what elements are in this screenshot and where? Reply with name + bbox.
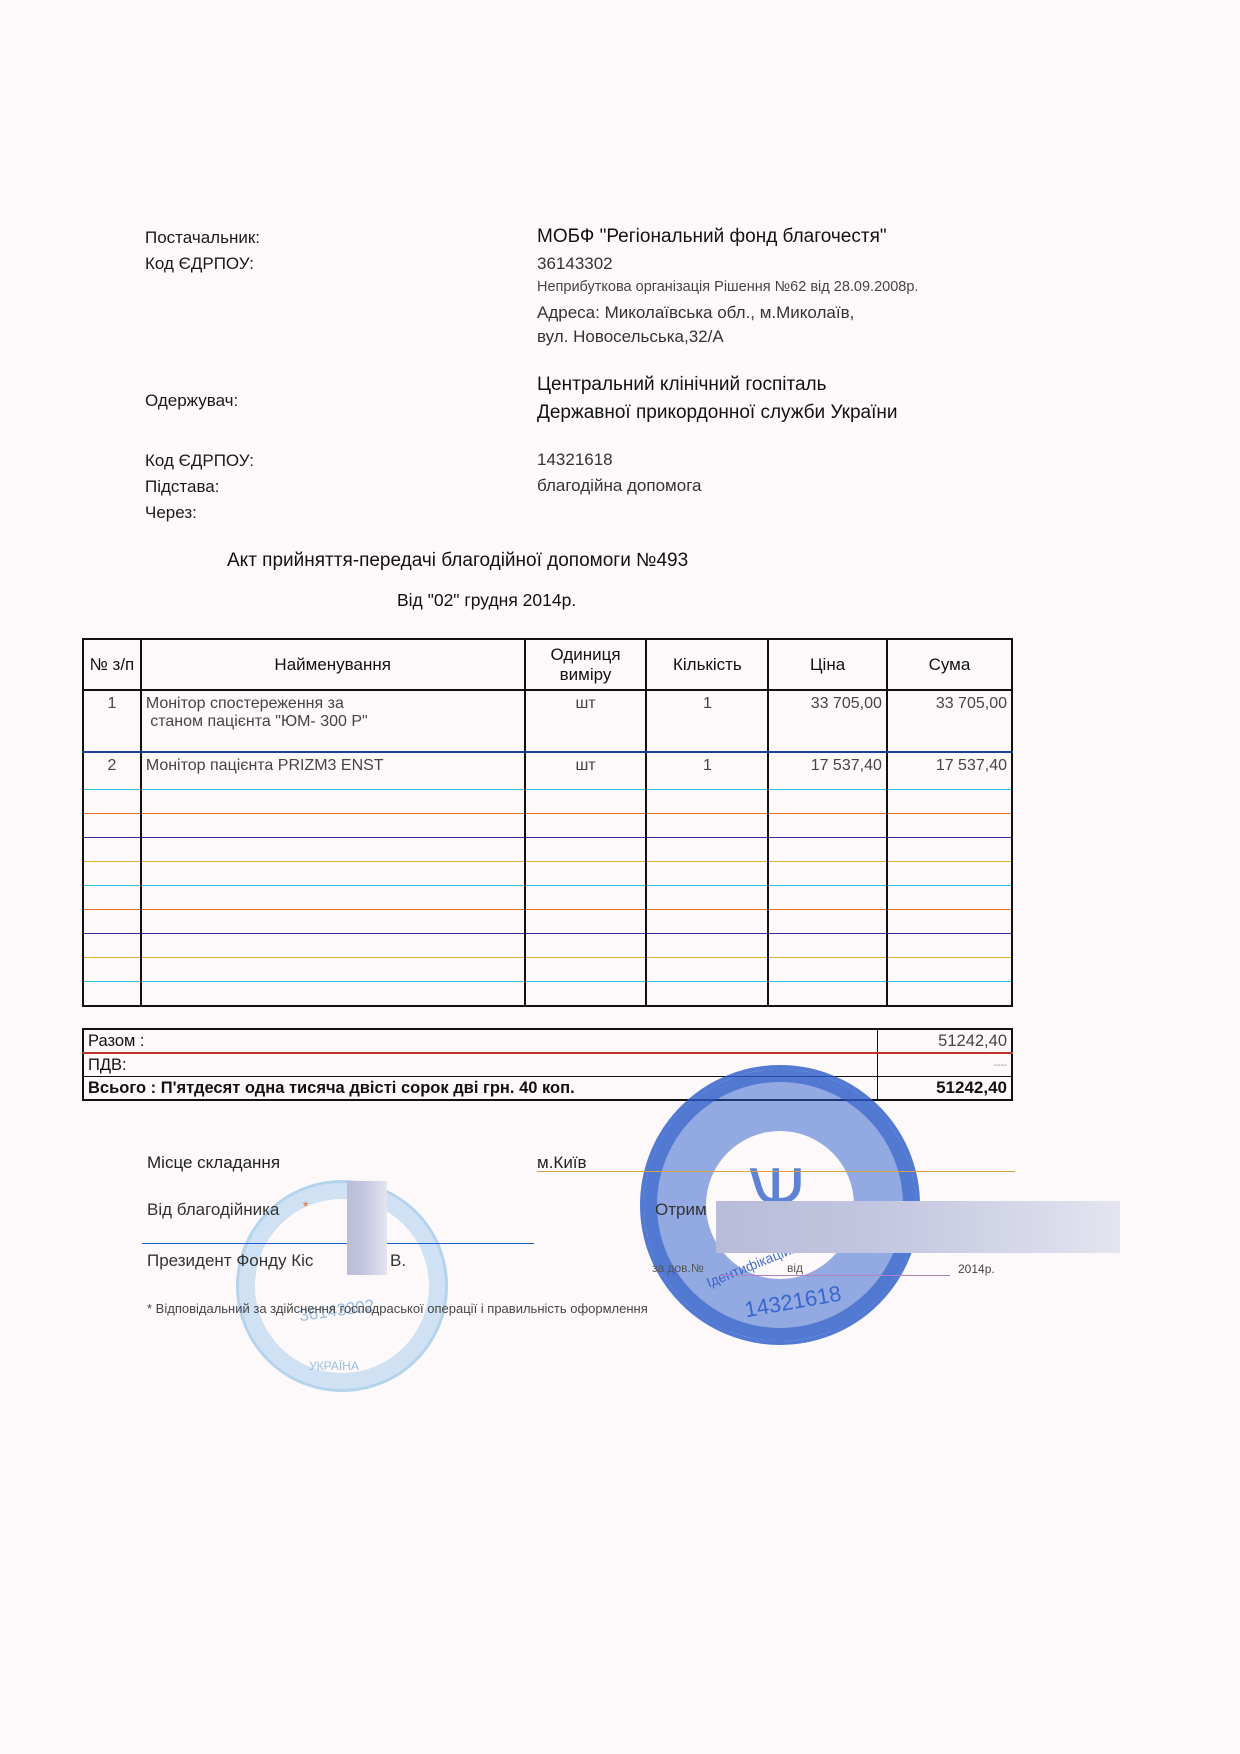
footnote: * Відповідальний за здійснення господрас… <box>147 1301 648 1316</box>
redacted-recipient-signature <box>716 1201 1120 1253</box>
empty-cell <box>141 862 525 886</box>
empty-cell <box>768 814 887 838</box>
table-header-row: № з/п Найменування Одиниця виміру Кількі… <box>83 639 1012 690</box>
empty-cell <box>768 982 887 1007</box>
empty-cell <box>83 862 141 886</box>
place-underline <box>537 1171 1015 1172</box>
empty-cell <box>83 982 141 1007</box>
table-row-empty <box>83 862 1012 886</box>
donor-mark: * <box>303 1198 308 1214</box>
empty-cell <box>83 958 141 982</box>
empty-cell <box>646 982 768 1007</box>
row-unit: шт <box>525 752 647 790</box>
empty-cell <box>525 982 647 1007</box>
empty-cell <box>646 790 768 814</box>
empty-cell <box>887 814 1012 838</box>
recipient-stamp-code: 14321618 <box>742 1281 843 1324</box>
president-initial: В. <box>390 1251 406 1271</box>
empty-cell <box>525 910 647 934</box>
empty-cell <box>525 838 647 862</box>
power-of-attorney-line <box>720 1275 950 1276</box>
empty-cell <box>646 934 768 958</box>
empty-cell <box>141 838 525 862</box>
table-row-empty <box>83 982 1012 1007</box>
header-price: Ціна <box>768 639 887 690</box>
empty-cell <box>83 934 141 958</box>
supplier-label: Постачальник: <box>145 228 260 248</box>
subtotal-label: Разом : <box>83 1029 878 1053</box>
empty-cell <box>646 910 768 934</box>
act-date: Від "02" грудня 2014р. <box>397 590 576 611</box>
empty-cell <box>768 838 887 862</box>
table-row: 2 Монітор пацієнта PRIZM3 ENST шт 1 17 5… <box>83 752 1012 790</box>
empty-cell <box>768 790 887 814</box>
empty-cell <box>887 910 1012 934</box>
power-of-attorney-label: за дов.№ <box>652 1261 704 1275</box>
row-name: Монітор спостереження за станом пацієнта… <box>141 690 525 752</box>
empty-cell <box>768 910 887 934</box>
donor-label: Від благодійника <box>147 1200 279 1220</box>
supplier-name: МОБФ "Регіональний фонд благочестя" <box>537 226 887 248</box>
supplier-code-label: Код ЄДРПОУ: <box>145 254 254 274</box>
row-no: 1 <box>83 690 141 752</box>
supplier-address-line1: Адреса: Миколаївська обл., м.Миколаїв, <box>537 303 854 323</box>
row-unit: шт <box>525 690 647 752</box>
empty-cell <box>887 790 1012 814</box>
empty-cell <box>768 958 887 982</box>
empty-cell <box>83 910 141 934</box>
table-row-empty <box>83 910 1012 934</box>
empty-cell <box>83 814 141 838</box>
empty-cell <box>141 934 525 958</box>
place-value: м.Київ <box>537 1153 587 1173</box>
empty-cell <box>83 886 141 910</box>
row-qty: 1 <box>646 752 768 790</box>
table-row-empty <box>83 886 1012 910</box>
recipient-code-label: Код ЄДРПОУ: <box>145 451 254 471</box>
power-of-attorney-from: від <box>787 1261 803 1275</box>
row-sum: 17 537,40 <box>887 752 1012 790</box>
empty-cell <box>768 862 887 886</box>
empty-cell <box>525 934 647 958</box>
president-label: Президент Фонду Кіс <box>147 1251 313 1271</box>
empty-cell <box>141 814 525 838</box>
table-row: 1 Монітор спостереження за станом пацієн… <box>83 690 1012 752</box>
recipient-code: 14321618 <box>537 450 613 470</box>
empty-cell <box>646 862 768 886</box>
items-table: № з/п Найменування Одиниця виміру Кількі… <box>82 638 1013 1007</box>
row-price: 33 705,00 <box>768 690 887 752</box>
empty-cell <box>141 982 525 1007</box>
empty-cell <box>141 910 525 934</box>
act-title: Акт прийняття-передачі благодійної допом… <box>227 550 688 572</box>
row-name: Монітор пацієнта PRIZM3 ENST <box>141 752 525 790</box>
row-price: 17 537,40 <box>768 752 887 790</box>
empty-cell <box>525 862 647 886</box>
via-label: Через: <box>145 503 197 523</box>
empty-cell <box>646 958 768 982</box>
empty-cell <box>887 934 1012 958</box>
donor-signature-line <box>142 1243 534 1244</box>
empty-cell <box>646 814 768 838</box>
empty-cell <box>887 958 1012 982</box>
header-name: Найменування <box>141 639 525 690</box>
donor-stamp-country: УКРАЇНА <box>309 1359 359 1373</box>
empty-cell <box>525 814 647 838</box>
recipient-signature-label: Отрим <box>655 1200 707 1220</box>
table-row-empty <box>83 958 1012 982</box>
row-sum: 33 705,00 <box>887 690 1012 752</box>
recipient-name-line1: Центральний клінічний госпіталь <box>537 374 827 396</box>
power-of-attorney-year: 2014р. <box>958 1262 995 1276</box>
vat-row: ПДВ: ---- <box>83 1053 1012 1077</box>
recipient-label: Одержувач: <box>145 391 238 411</box>
header-qty: Кількість <box>646 639 768 690</box>
header-unit: Одиниця виміру <box>525 639 647 690</box>
basis-value: благодійна допомога <box>537 476 701 496</box>
total-value: 51242,40 <box>878 1077 1013 1101</box>
total-row: Всього : П'ятдесят одна тисяча двісті со… <box>83 1077 1012 1101</box>
supplier-note: Неприбуткова організація Рішення №62 від… <box>537 279 918 295</box>
basis-label: Підстава: <box>145 477 219 497</box>
empty-cell <box>646 838 768 862</box>
table-row-empty <box>83 838 1012 862</box>
empty-cell <box>525 790 647 814</box>
row-no: 2 <box>83 752 141 790</box>
empty-cell <box>141 958 525 982</box>
row-name-line2: станом пацієнта "ЮМ- 300 Р" <box>146 713 520 731</box>
empty-cell <box>768 934 887 958</box>
empty-cell <box>141 790 525 814</box>
row-qty: 1 <box>646 690 768 752</box>
empty-cell <box>887 886 1012 910</box>
empty-cell <box>887 982 1012 1007</box>
empty-cell <box>83 838 141 862</box>
header-no: № з/п <box>83 639 141 690</box>
recipient-name-line2: Державної прикордонної служби України <box>537 402 898 424</box>
empty-cell <box>525 886 647 910</box>
empty-cell <box>525 958 647 982</box>
redacted-donor-signature <box>347 1181 387 1275</box>
empty-cell <box>141 886 525 910</box>
supplier-address-line2: вул. Новосельська,32/А <box>537 327 724 347</box>
table-row-empty <box>83 934 1012 958</box>
header-sum: Сума <box>887 639 1012 690</box>
place-label: Місце складання <box>147 1153 280 1173</box>
table-row-empty <box>83 814 1012 838</box>
empty-cell <box>887 862 1012 886</box>
subtotal-row: Разом : 51242,40 <box>83 1029 1012 1053</box>
empty-cell <box>887 838 1012 862</box>
table-row-empty <box>83 790 1012 814</box>
totals-table: Разом : 51242,40 ПДВ: ---- Всього : П'ят… <box>82 1028 1013 1101</box>
supplier-code: 36143302 <box>537 254 613 274</box>
subtotal-value: 51242,40 <box>878 1029 1013 1053</box>
vat-value: ---- <box>878 1053 1013 1077</box>
empty-cell <box>83 790 141 814</box>
empty-cell <box>646 886 768 910</box>
row-name-line1: Монітор спостереження за <box>146 695 520 713</box>
empty-cell <box>768 886 887 910</box>
